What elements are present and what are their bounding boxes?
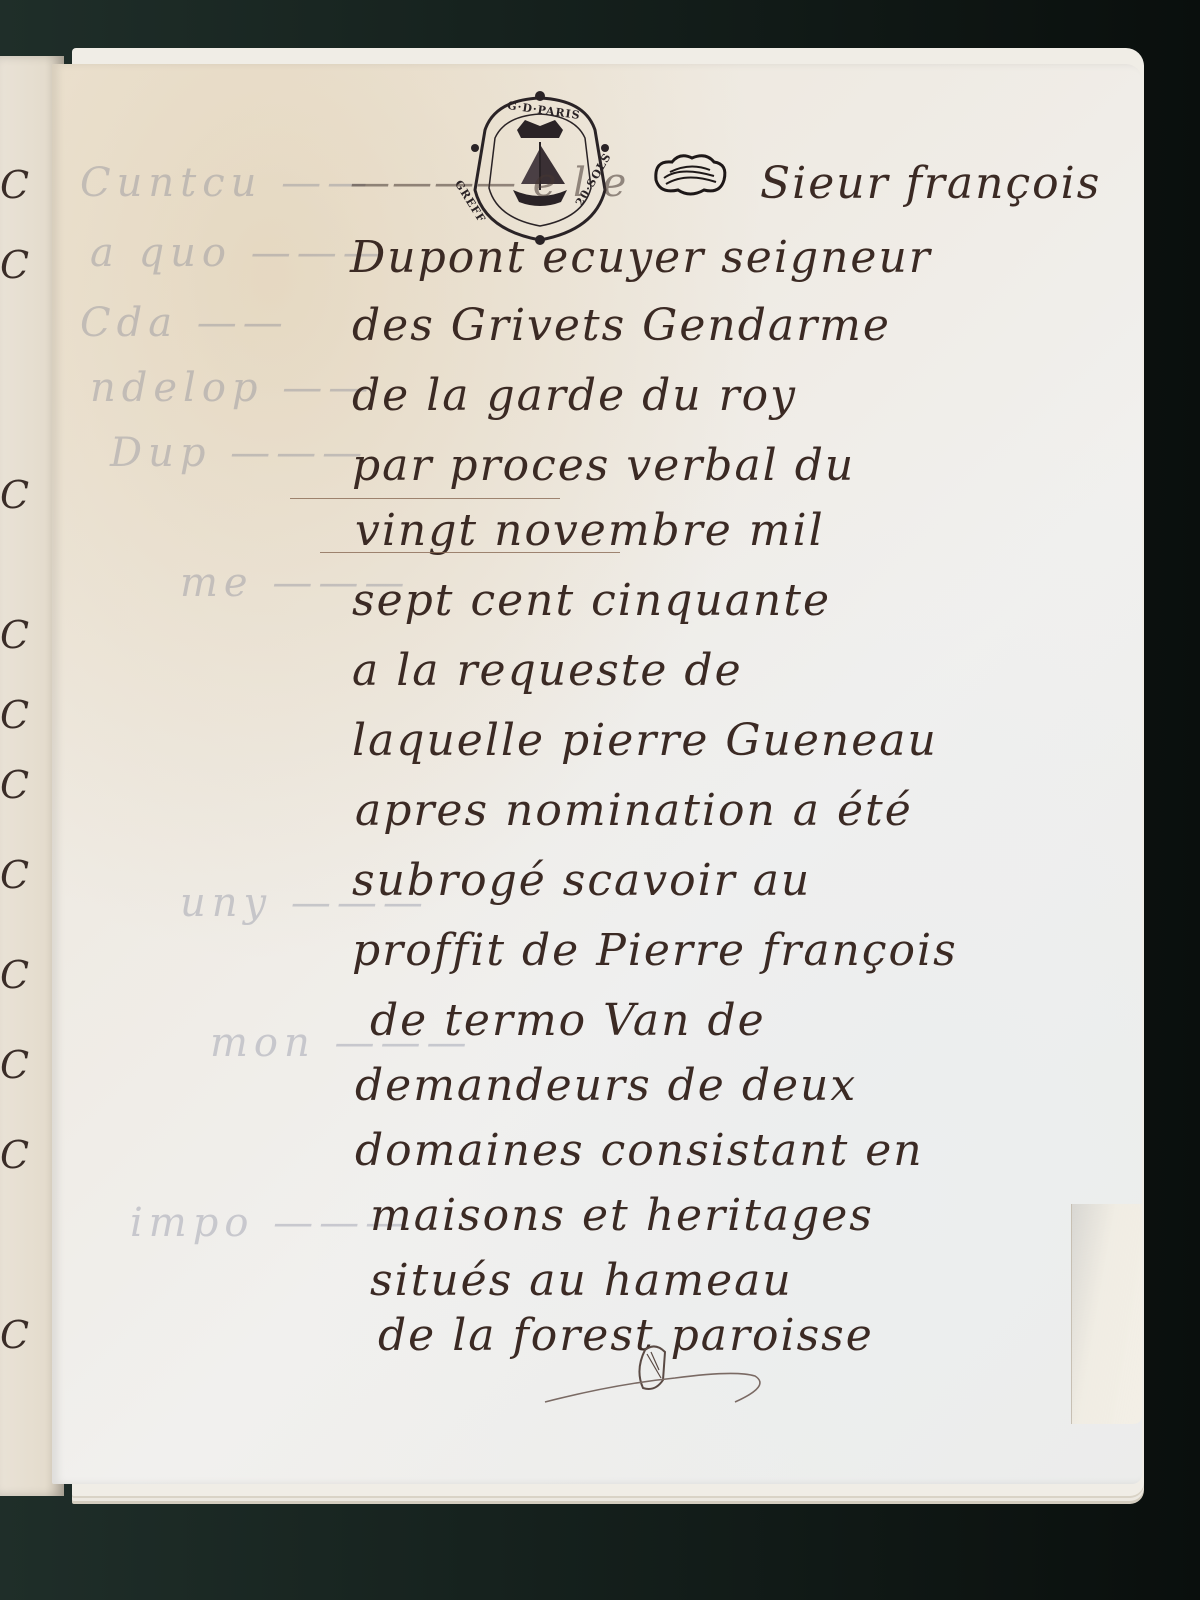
margin-mark: C	[0, 956, 29, 994]
margin-mark: C	[0, 696, 29, 734]
manuscript-line: laquelle pierre Gueneau	[352, 715, 938, 766]
ruled-underline	[290, 498, 560, 499]
margin-mark: C	[0, 476, 29, 514]
bleed-through-text: Cda ——	[80, 300, 289, 346]
margin-mark: C	[0, 856, 29, 894]
paraph-flourish-icon	[650, 150, 730, 200]
manuscript-line: par proces verbal du	[352, 440, 855, 491]
manuscript-line: Dupont ecuyer seigneur	[350, 232, 932, 283]
manuscript-line: Sieur françois	[760, 158, 1101, 209]
ruled-underline	[320, 552, 620, 553]
bleed-through-text: a quo ———	[90, 230, 389, 276]
manuscript-line: maisons et heritages	[370, 1190, 874, 1241]
bleed-through-text: impo ———	[130, 1200, 411, 1246]
folded-corner	[1071, 1204, 1142, 1424]
manuscript-line: a la requeste de	[352, 645, 743, 696]
margin-mark: C	[0, 766, 29, 804]
manuscript-line: proffit de Pierre françois	[352, 925, 958, 976]
manuscript-line: subrogé scavoir au	[352, 855, 811, 906]
signature-flourish-icon	[535, 1340, 775, 1415]
manuscript-line: apres nomination a été	[355, 785, 913, 836]
manuscript-line: demandeurs de deux	[355, 1060, 857, 1111]
margin-mark: C	[0, 1136, 29, 1174]
manuscript-line: situés au hameau	[370, 1255, 793, 1306]
margin-mark: C	[0, 246, 29, 284]
margin-mark: C	[0, 166, 29, 204]
margin-mark: C	[0, 1316, 29, 1354]
manuscript-line: de la garde du roy	[352, 370, 797, 421]
margin-mark: C	[0, 1046, 29, 1084]
manuscript-line: domaines consistant en	[355, 1125, 924, 1176]
manuscript-line: des Grivets Gendarme	[352, 300, 891, 351]
manuscript-line: sept cent cinquante	[352, 575, 831, 626]
manuscript-line: de termo Van de	[370, 995, 766, 1046]
manuscript-line: vingt novembre mil	[355, 505, 825, 556]
bleed-through-text: Dup ———	[110, 430, 368, 476]
faint-line-prefix: ———— e l e	[350, 160, 628, 206]
margin-mark: C	[0, 616, 29, 654]
bleed-through-text: Cuntcu ——	[80, 160, 373, 206]
bleed-through-text: ndelop ——	[90, 365, 374, 411]
